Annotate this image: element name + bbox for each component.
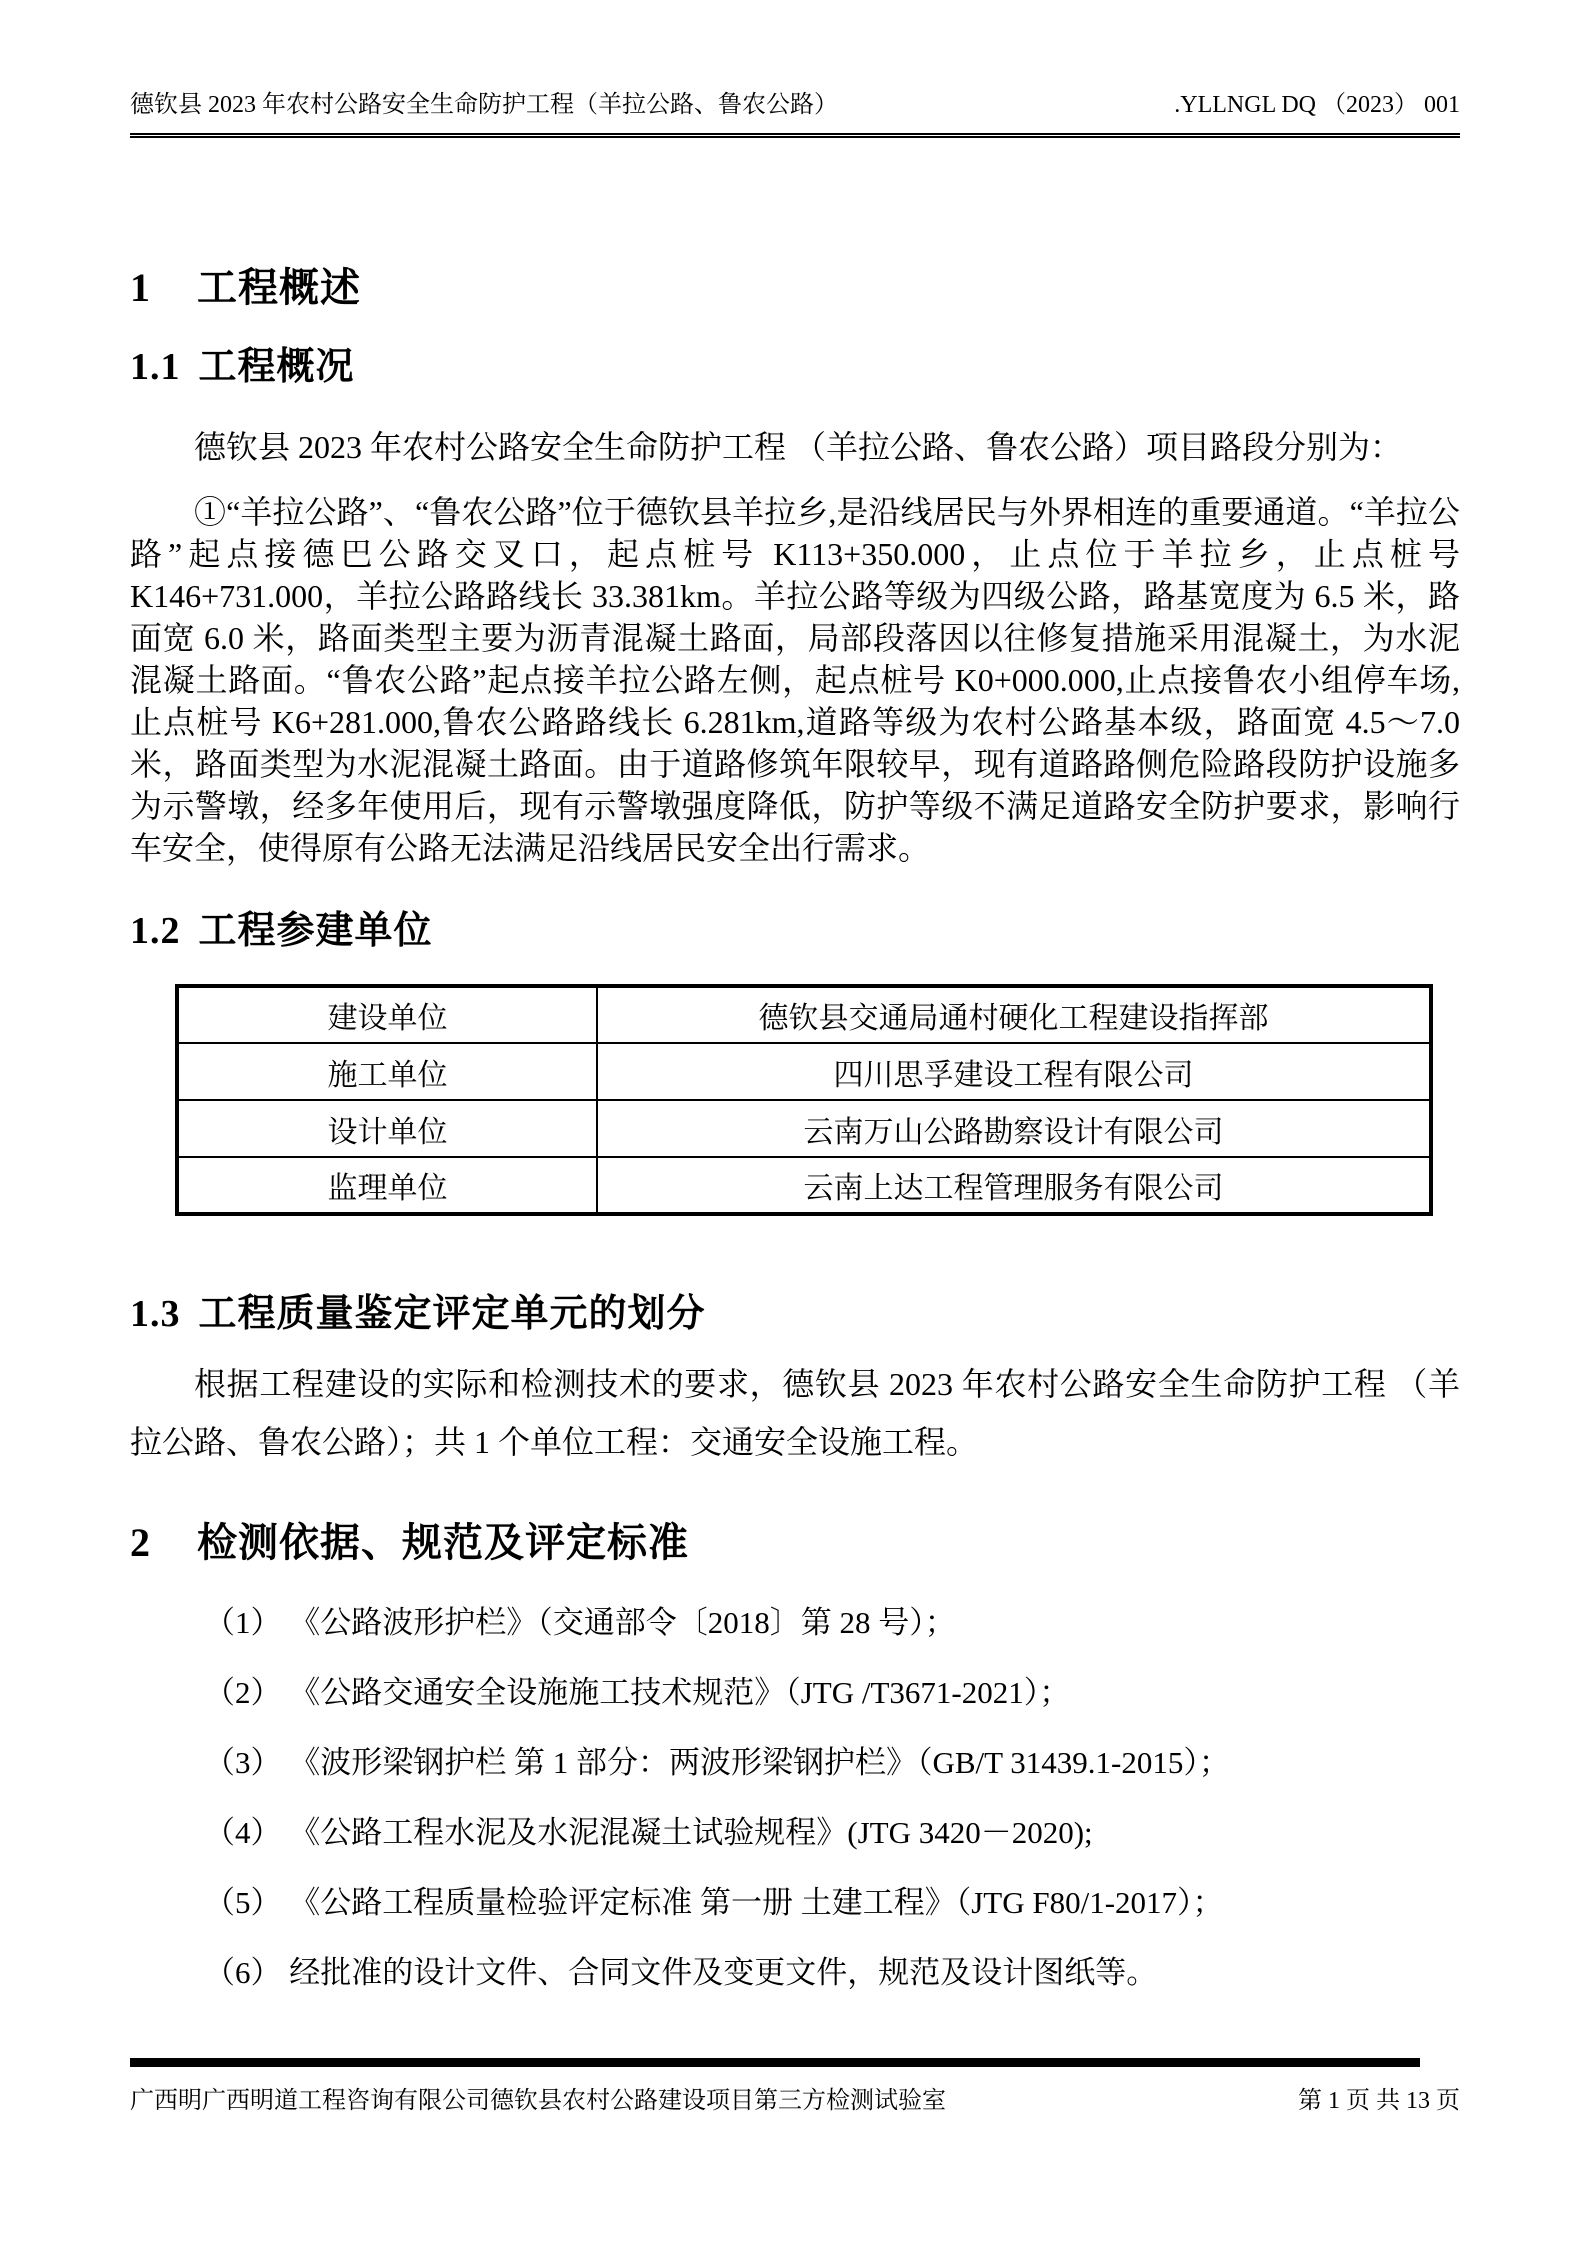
section-1-2-number: 1.2 [130, 909, 181, 953]
document-page: 德钦县 2023 年农村公路安全生命防护工程（羊拉公路、鲁农公路） .YLLNG… [0, 0, 1587, 2245]
header-doc-number: .YLLNGL DQ （2023） 001 [1174, 84, 1460, 119]
list-item: （5） 《公路工程质量检验评定标准 第一册 土建工程》（JTG F80/1-20… [204, 1884, 1460, 1921]
project-intro-paragraph: 德钦县 2023 年农村公路安全生命防护工程 （羊拉公路、鲁农公路）项目路段分别… [130, 416, 1460, 479]
table-row: 监理单位 云南上达工程管理服务有限公司 [177, 1157, 1431, 1214]
page-header: 德钦县 2023 年农村公路安全生命防护工程（羊拉公路、鲁农公路） .YLLNG… [130, 84, 1460, 138]
participating-units-table: 建设单位 德钦县交通局通村硬化工程建设指挥部 施工单位 四川思孚建设工程有限公司… [175, 984, 1433, 1216]
section-1-1-number: 1.1 [130, 345, 181, 389]
section-1-title: 工程概述 [197, 265, 361, 310]
section-2-title: 检测依据、规范及评定标准 [197, 1520, 689, 1565]
unit-role-cell: 监理单位 [177, 1157, 597, 1214]
unit-name-cell: 云南上达工程管理服务有限公司 [597, 1157, 1431, 1214]
unit-name-cell: 德钦县交通局通村硬化工程建设指挥部 [597, 986, 1431, 1043]
table-row: 建设单位 德钦县交通局通村硬化工程建设指挥部 [177, 986, 1431, 1043]
header-title: 德钦县 2023 年农村公路安全生命防护工程（羊拉公路、鲁农公路） [130, 84, 838, 119]
unit-role-cell: 施工单位 [177, 1043, 597, 1100]
section-1-number: 1 [130, 264, 151, 311]
unit-name-cell: 四川思孚建设工程有限公司 [597, 1043, 1431, 1100]
footer-page-number: 第 1 页 共 13 页 [1298, 2080, 1460, 2115]
list-item: （1） 《公路波形护栏》（交通部令〔2018〕第 28 号）； [204, 1604, 1460, 1641]
section-1-1-title: 工程概况 [199, 346, 355, 388]
section-2-number: 2 [130, 1519, 151, 1566]
section-1-3-number: 1.3 [130, 1292, 181, 1336]
unit-name-cell: 云南万山公路勘察设计有限公司 [597, 1100, 1431, 1157]
section-1-heading: 1工程概述 [130, 256, 1460, 313]
project-detail-paragraph: ①“羊拉公路”、“鲁农公路”位于德钦县羊拉乡,是沿线居民与外界相连的重要通道。“… [130, 491, 1460, 869]
section-1-1-heading: 1.1工程概况 [130, 335, 1460, 390]
table-row: 设计单位 云南万山公路勘察设计有限公司 [177, 1100, 1431, 1157]
footer-divider [130, 2058, 1420, 2067]
list-item: （3） 《波形梁钢护栏 第 1 部分：两波形梁钢护栏》（GB/T 31439.1… [204, 1744, 1460, 1781]
list-item: （4） 《公路工程水泥及水泥混凝土试验规程》(JTG 3420－2020); [204, 1814, 1460, 1851]
section-1-2-title: 工程参建单位 [199, 910, 433, 952]
section-1-3-heading: 1.3工程质量鉴定评定单元的划分 [130, 1282, 1460, 1337]
table-row: 施工单位 四川思孚建设工程有限公司 [177, 1043, 1431, 1100]
section-1-3-title: 工程质量鉴定评定单元的划分 [199, 1293, 706, 1335]
unit-role-cell: 设计单位 [177, 1100, 597, 1157]
list-item: （2） 《公路交通安全设施施工技术规范》（JTG /T3671-2021）； [204, 1674, 1460, 1711]
reference-standards-list: （1） 《公路波形护栏》（交通部令〔2018〕第 28 号）； （2） 《公路交… [130, 1604, 1460, 1991]
unit-role-cell: 建设单位 [177, 986, 597, 1043]
page-footer: 广西明广西明道工程咨询有限公司德钦县农村公路建设项目第三方检测试验室 第 1 页… [130, 2058, 1460, 2115]
list-item: （6） 经批准的设计文件、合同文件及变更文件，规范及设计图纸等。 [204, 1954, 1460, 1991]
section-2-heading: 2检测依据、规范及评定标准 [130, 1511, 1460, 1568]
unit-division-paragraph: 根据工程建设的实际和检测技术的要求，德钦县 2023 年农村公路安全生命防护工程… [130, 1355, 1460, 1471]
footer-organization: 广西明广西明道工程咨询有限公司德钦县农村公路建设项目第三方检测试验室 [130, 2080, 946, 2115]
section-1-2-heading: 1.2工程参建单位 [130, 899, 1460, 954]
